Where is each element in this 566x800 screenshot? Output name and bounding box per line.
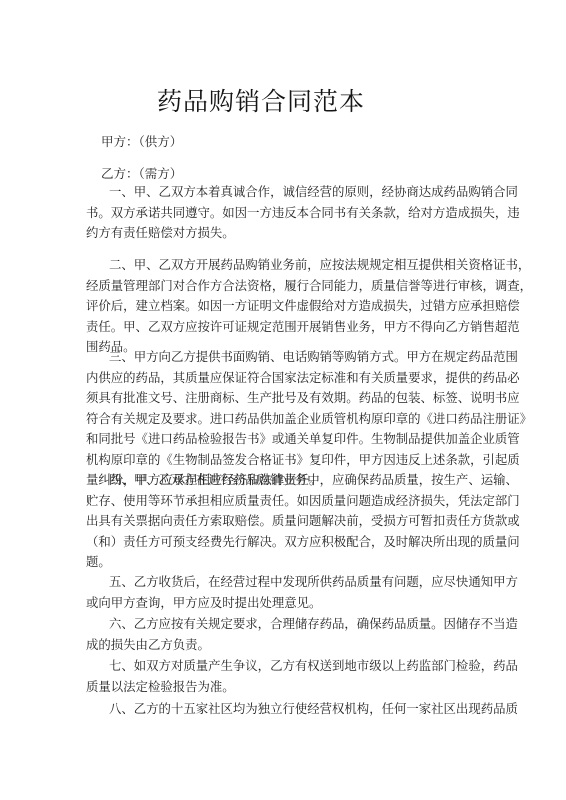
clause-line: 贮存、使用等环节承担相应质量责任。如因质量问题造成经济损失，凭法定部门 [86, 491, 482, 512]
clause-line: 题。 [86, 552, 482, 573]
clause-2: 二、甲、乙双方开展药品购销业务前，应按法规规定相互提供相关资格证书， 经质量管理… [86, 255, 482, 358]
clause-line: 或向甲方查询，甲方应及时提出处理意见。 [86, 593, 482, 614]
clause-line: 约方有责任赔偿对方损失。 [86, 223, 482, 244]
clause-line: 出具有关票据向责任方索取赔偿。质量问题解决前，受损方可暂扣责任方货款或 [86, 511, 482, 532]
clause-line: 经质量管理部门对合作方合法资格，履行合同能力，质量信誉等进行审核，调查， [86, 276, 482, 297]
clause-line: 机构原印章的《生物制品签发合格证书》复印件，甲方因违反上述条款，引起质 [86, 450, 482, 471]
clause-4: 四、甲、乙双方在进行药品购销业务中，应确保药品质量，按生产、运输、 贮存、使用等… [86, 470, 482, 573]
clause-line: 内供应的药品，其质量应保证符合国家法定标准和有关质量要求，提供的药品必 [86, 368, 482, 389]
clause-line: 评价后，建立档案。如因一方证明文件虚假给对方造成损失，过错方应承担赔偿 [86, 296, 482, 317]
clause-line: 六、乙方应按有关规定要求，合理储存药品，确保药品质量。因储存不当造 [86, 614, 482, 635]
clause-line: 八、乙方的十五家社区均为独立行使经营权机构，任何一家社区出现药品质 [86, 699, 482, 720]
clause-line: 责任。甲、乙双方应按许可证规定范围开展销售业务，甲方不得向乙方销售超范 [86, 317, 482, 338]
clause-7: 七、如双方对质量产生争议，乙方有权送到地市级以上药监部门检验，药品 质量以法定检… [86, 656, 482, 697]
clause-line: 二、甲、乙双方开展药品购销业务前，应按法规规定相互提供相关资格证书， [86, 255, 482, 276]
clause-line: 质量以法定检验报告为准。 [86, 677, 482, 698]
clause-line: 书。双方承诺共同遵守。如因一方违反本合同书有关条款，给对方造成损失，违 [86, 203, 482, 224]
clause-line: 符合有关规定及要求。进口药品供加盖企业质管机构原印章的《进口药品注册证》 [86, 409, 482, 430]
clause-line: （和）责任方可预支经费先行解决。双方应积极配合，及时解决所出现的质量问 [86, 532, 482, 553]
clause-5: 五、乙方收货后，在经营过程中发现所供药品质量有问题，应尽快通知甲方 或向甲方查询… [86, 572, 482, 613]
party-a-label: 甲方：（供方） [101, 132, 182, 150]
clause-6: 六、乙方应按有关规定要求，合理储存药品，确保药品质量。因储存不当造 成的损失由乙… [86, 614, 482, 655]
clause-line: 一、甲、乙双方本着真诚合作，诚信经营的原则，经协商达成药品购销合同 [86, 182, 482, 203]
document-page: 药品购销合同范本 甲方：（供方） 乙方：（需方） 一、甲、乙双方本着真诚合作，诚… [0, 0, 566, 800]
clause-line: 三、甲方向乙方提供书面购销、电话购销等购销方式。甲方在规定药品范围 [86, 347, 482, 368]
clause-1: 一、甲、乙双方本着真诚合作，诚信经营的原则，经协商达成药品购销合同 书。双方承诺… [86, 182, 482, 244]
clause-line: 须具有批准文号、注册商标、生产批号及有效期。药品的包装、标签、说明书应 [86, 388, 482, 409]
clause-line: 成的损失由乙方负责。 [86, 635, 482, 656]
document-title: 药品购销合同范本 [0, 82, 522, 118]
clause-8: 八、乙方的十五家社区均为独立行使经营权机构，任何一家社区出现药品质 [86, 699, 482, 720]
clause-line: 七、如双方对质量产生争议，乙方有权送到地市级以上药监部门检验，药品 [86, 656, 482, 677]
clause-3: 三、甲方向乙方提供书面购销、电话购销等购销方式。甲方在规定药品范围 内供应的药品… [86, 347, 482, 491]
clause-line: 和同批号《进口药品检验报告书》或通关单复印件。生物制品提供加盖企业质管 [86, 429, 482, 450]
clause-line: 五、乙方收货后，在经营过程中发现所供药品质量有问题，应尽快通知甲方 [86, 572, 482, 593]
party-b-label: 乙方：（需方） [101, 164, 182, 182]
clause-line: 四、甲、乙双方在进行药品购销业务中，应确保药品质量，按生产、运输、 [86, 470, 482, 491]
